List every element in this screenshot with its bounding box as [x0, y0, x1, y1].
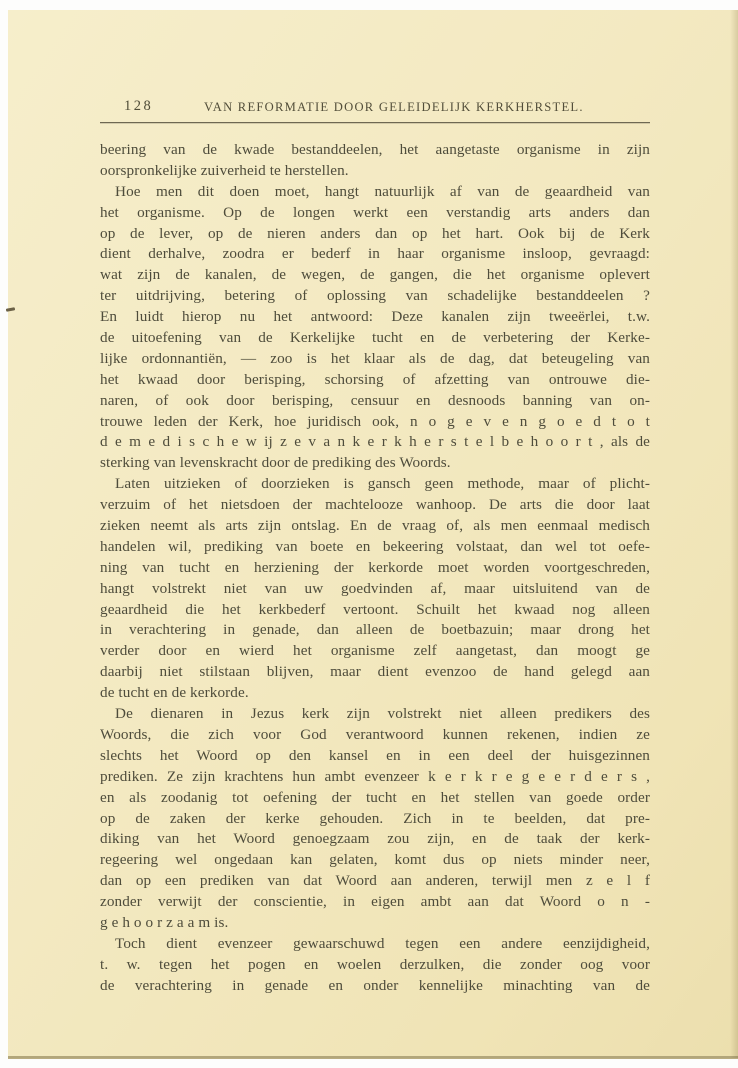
text-line: beering van de kwade bestanddeelen, het …: [100, 140, 650, 161]
running-title: VAN REFORMATIE DOOR GELEIDELIJK KERKHERS…: [204, 100, 584, 115]
text-line: g e h o o r z a a m is.: [100, 913, 650, 934]
text-line: hangt volstrekt niet van uw goedvinden a…: [100, 579, 650, 600]
text-line: zieken neemt als arts zijn ontslag. En d…: [100, 516, 650, 537]
text-line: regeering wel ongedaan kan gelaten, komt…: [100, 850, 650, 871]
text-line: trouwe leden der Kerk, hoe juridisch ook…: [100, 412, 650, 433]
text-line: op de lever, op de nieren anders dan op …: [100, 224, 650, 245]
book-page: 128 VAN REFORMATIE DOOR GELEIDELIJK KERK…: [8, 10, 738, 1058]
text-line: dient derhalve, zoodra er bederf in haar…: [100, 244, 650, 265]
text-line: naren, of ook door berisping, censuur en…: [100, 391, 650, 412]
text-line: dan op een prediken van dat Woord aan an…: [100, 871, 650, 892]
page-header: 128 VAN REFORMATIE DOOR GELEIDELIJK KERK…: [100, 96, 649, 120]
text-line: slechts het Woord op den kansel en in ee…: [100, 746, 650, 767]
scan-background: 128 VAN REFORMATIE DOOR GELEIDELIJK KERK…: [0, 0, 738, 1068]
text-line: de uitoefening van de Kerkelijke tucht e…: [100, 328, 650, 349]
text-line: verzuim of het nietsdoen der machtelooze…: [100, 495, 650, 516]
text-line: het organisme. Op de longen werkt een ve…: [100, 203, 650, 224]
text-line: ter uitdrijving, betering of oplossing v…: [100, 286, 650, 307]
text-line: geaardheid die het kerkbederf vertoont. …: [100, 600, 650, 621]
text-line: zonder verwijt der conscientie, in eigen…: [100, 892, 650, 913]
text-line: de verachtering in genade en onder kenne…: [100, 976, 650, 997]
text-line: t. w. tegen het pogen en woelen derzulke…: [100, 955, 650, 976]
text-line: En luidt hierop nu het antwoord: Deze ka…: [100, 307, 650, 328]
text-line: en als zoodanig tot oefening der tucht e…: [100, 788, 650, 809]
text-line: d e m e d i s c h e w ij z e v a n k e r…: [100, 432, 650, 453]
text-line: ning van tucht en herziening der kerkord…: [100, 558, 650, 579]
text-line: Toch dient evenzeer gewaarschuwd tegen e…: [100, 934, 650, 955]
text-line: De dienaren in Jezus kerk zijn volstrekt…: [100, 704, 650, 725]
text-line: in verachtering in genade, dan alleen de…: [100, 620, 650, 641]
text-line: sterking van levenskracht door de predik…: [100, 453, 650, 474]
text-body: beering van de kwade bestanddeelen, het …: [100, 140, 650, 997]
text-line: lijke ordonnantiën, — zoo is het klaar a…: [100, 349, 650, 370]
text-line: prediken. Ze zijn krachtens hun ambt eve…: [100, 767, 650, 788]
page-number: 128: [124, 98, 153, 115]
text-line: op de zaken der kerke gehouden. Zich in …: [100, 809, 650, 830]
text-line: handelen wil, prediking van boete en bek…: [100, 537, 650, 558]
text-line: oorspronkelijke zuiverheid te herstellen…: [100, 161, 650, 182]
text-line: het kwaad door berisping, schorsing of a…: [100, 370, 650, 391]
text-line: daarbij niet stilstaan blijven, maar die…: [100, 662, 650, 683]
text-line: wat zijn de kanalen, de wegen, de gangen…: [100, 265, 650, 286]
text-line: Hoe men dit doen moet, hangt natuurlijk …: [100, 182, 650, 203]
header-rule: [100, 122, 650, 123]
text-line: Laten uitzieken of doorzieken is gansch …: [100, 474, 650, 495]
text-line: de tucht en de kerkorde.: [100, 683, 650, 704]
text-line: Woords, die zich voor God verantwoord ku…: [100, 725, 650, 746]
text-line: verder door en wierd het organisme zelf …: [100, 641, 650, 662]
text-line: diking van het Woord genoegzaam zou zijn…: [100, 829, 650, 850]
